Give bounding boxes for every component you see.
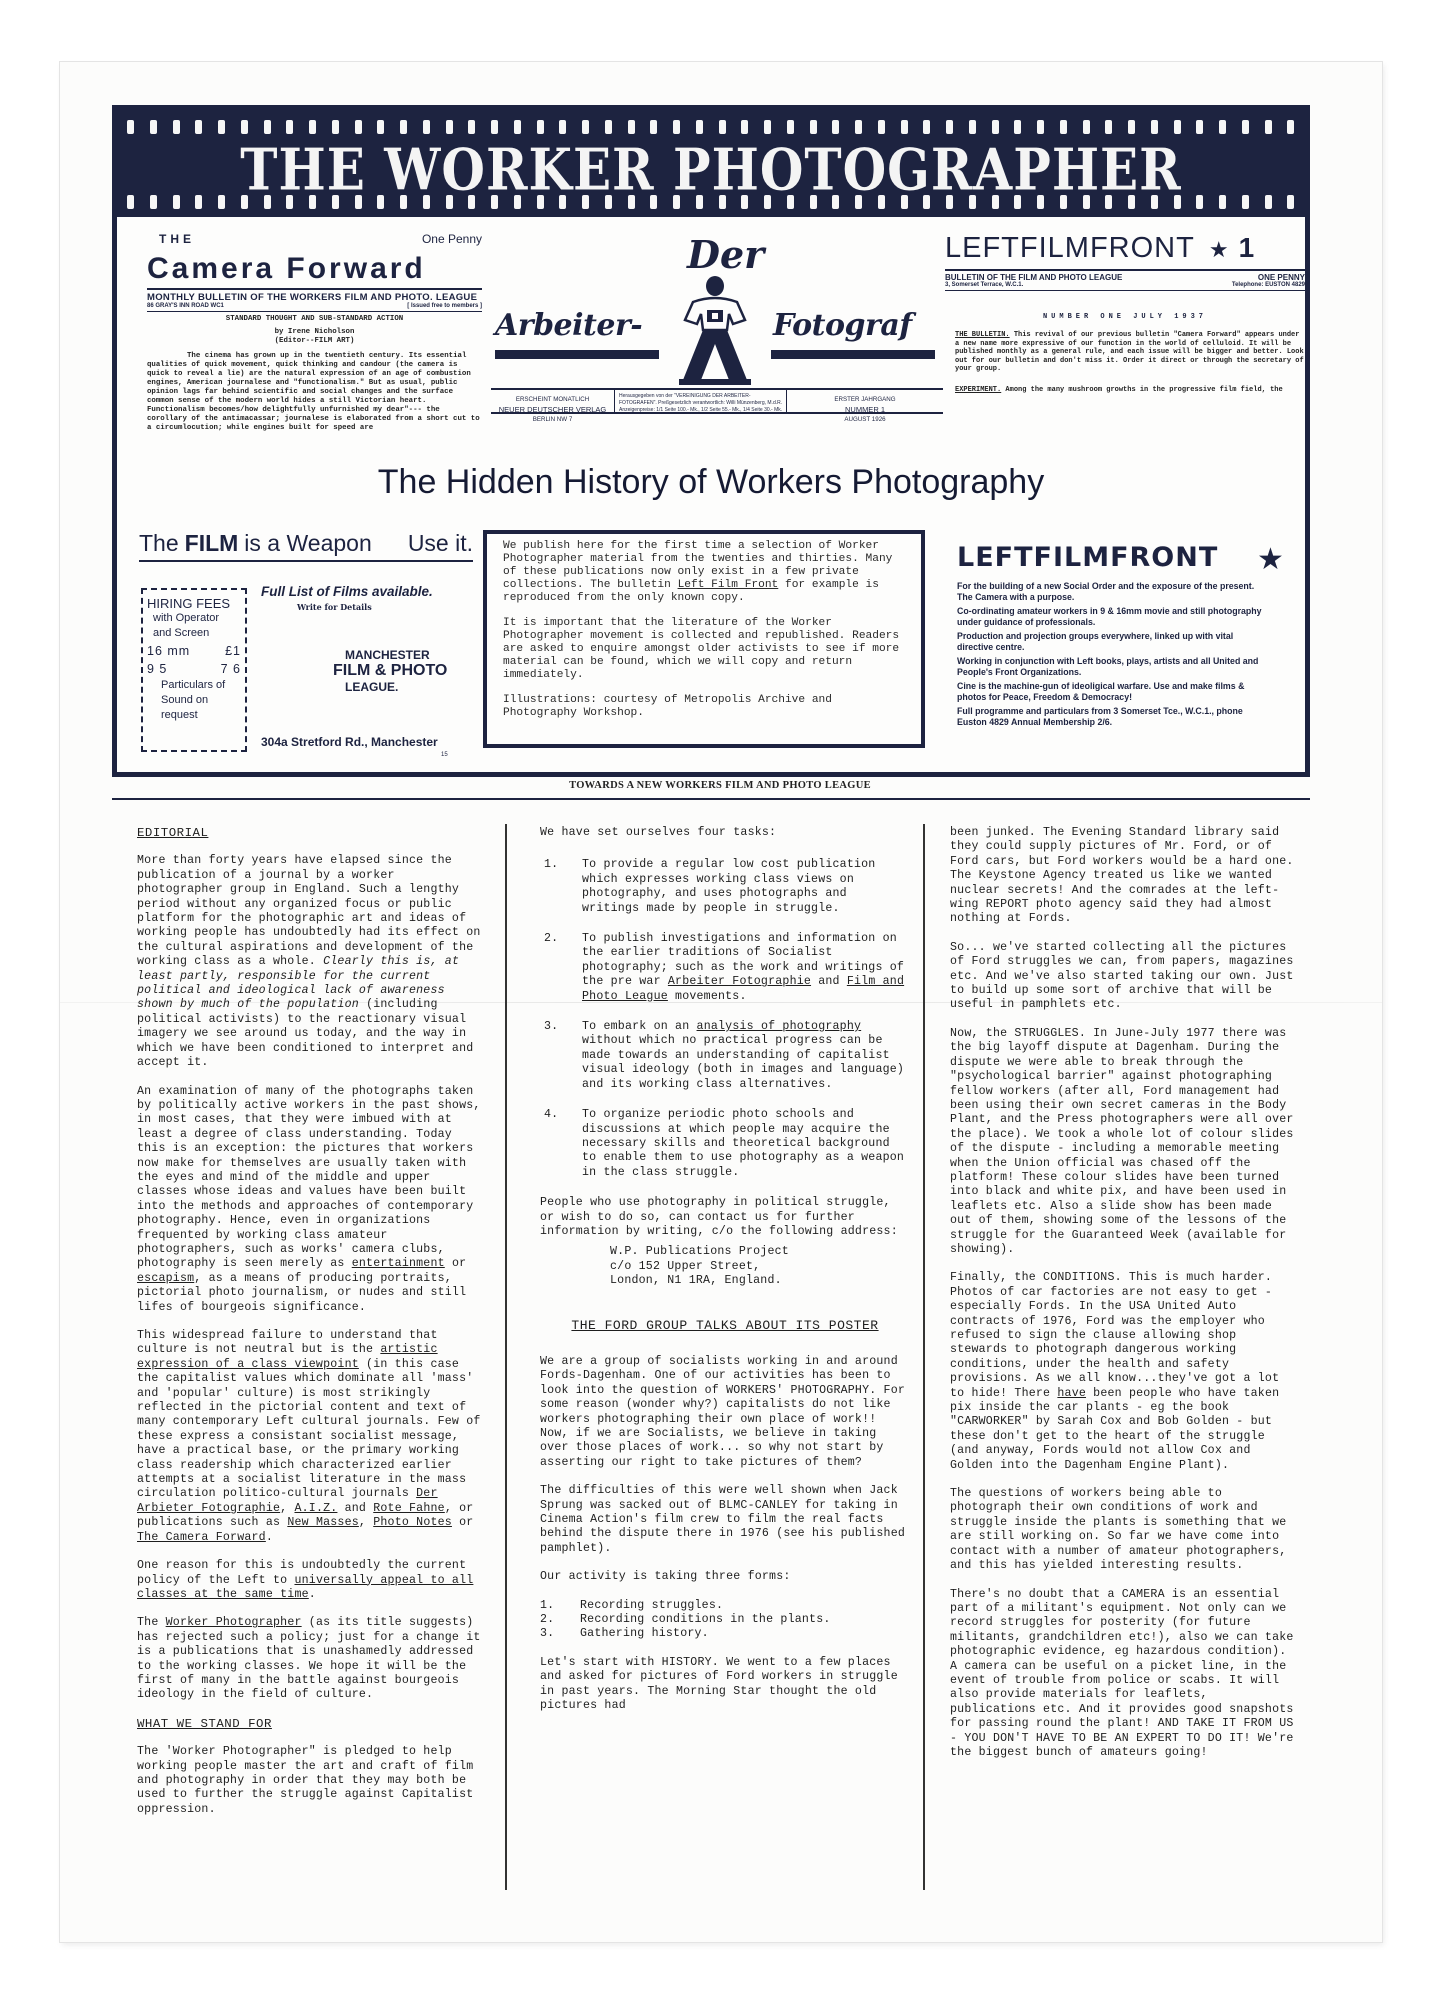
ford-p6: So... we've started collecting all the p… [950, 941, 1295, 1013]
sprocket-hole [355, 120, 362, 134]
film-strip-banner: THE WORKER PHOTOGRAPHER [117, 110, 1305, 217]
sprocket-hole [1265, 120, 1272, 134]
sprocket-hole [901, 120, 908, 134]
sprocket-hole [810, 120, 817, 134]
hidden-history-headline: The Hidden History of Workers Photograph… [117, 463, 1305, 502]
sprocket-hole [286, 120, 293, 134]
sprocket-hole [832, 120, 839, 134]
sprocket-hole [127, 195, 134, 209]
sprocket-hole [923, 120, 930, 134]
sprocket-hole [582, 120, 589, 134]
editorial-p2-mid: or [445, 1257, 466, 1270]
task-item: 1. To provide a regular low cost publica… [540, 858, 910, 916]
sprocket-hole [1196, 120, 1203, 134]
journal-photo-notes: Photo Notes [373, 1516, 452, 1529]
ford-group-heading: THE FORD GROUP TALKS ABOUT ITS POSTER [540, 1319, 910, 1333]
sprocket-hole [946, 195, 953, 209]
sprocket-hole [468, 120, 475, 134]
sprocket-hole [1219, 195, 1226, 209]
org-line-1: MANCHESTER [333, 648, 483, 662]
ford-p10: There's no doubt that a CAMERA is an ess… [950, 1588, 1295, 1761]
sprocket-hole [1151, 195, 1158, 209]
sprocket-hole [1174, 120, 1181, 134]
sprocket-hole [1014, 195, 1021, 209]
sprocket-hole [1242, 120, 1249, 134]
sprocket-hole [377, 120, 384, 134]
column-editorial: EDITORIAL More than forty years have ela… [137, 826, 487, 1831]
sprocket-hole [173, 120, 180, 134]
cf-byline: by Irene Nicholson [147, 328, 482, 337]
sprocket-hole [241, 120, 248, 134]
sprocket-hole [195, 195, 202, 209]
daf-word-fotograf: Fotograf [773, 308, 912, 343]
sprocket-hole [241, 195, 248, 209]
hiring-fees-box: HIRING FEES with Operator and Screen 16 … [141, 588, 247, 752]
ad-postal-district: 15 [441, 752, 448, 758]
form-text: Recording struggles. [580, 1599, 723, 1613]
cf-editor: (Editor--FILM ART) [147, 337, 482, 346]
underline-arbeiter-fotographie: Arbeiter Fotographie [668, 975, 811, 988]
lffad-title: LEFTFILMFRONT [957, 542, 1297, 573]
journal-new-masses: New Masses [287, 1516, 359, 1529]
sprocket-hole [787, 120, 794, 134]
editorial-p2: An examination of many of the photograph… [137, 1085, 481, 1271]
sprocket-hole [355, 195, 362, 209]
sprocket-hole [150, 120, 157, 134]
daf-info-monthly: ERSCHEINT MONATLICH [491, 393, 614, 403]
form-number: 2. [540, 1613, 580, 1627]
sprocket-hole [673, 195, 680, 209]
ford-p5: been junked. The Evening Standard librar… [950, 826, 1295, 927]
fee-16mm-label: 16 mm [147, 644, 190, 659]
photographer-figure-icon [663, 276, 767, 386]
fee-16mm-value: £1 [225, 644, 241, 659]
cf-issued: [ Issued free to members ] [407, 303, 482, 309]
form-text: Gathering history. [580, 1627, 709, 1641]
sprocket-hole [173, 195, 180, 209]
tasks-intro: We have set ourselves four tasks: [540, 826, 910, 840]
sprocket-hole [901, 195, 908, 209]
ford-p9: The questions of workers being able to p… [950, 1487, 1295, 1573]
masthead-frame: THE WORKER PHOTOGRAPHER THE One Penny Ca… [112, 105, 1310, 777]
journal-aiz: A.I.Z. [294, 1502, 337, 1515]
task-text-mid: and [811, 975, 847, 988]
daf-info-editorial: Herausgegeben von der "VEREINIGUNG DER A… [615, 390, 787, 412]
fee-95-value: 7 6 [221, 662, 241, 677]
sprocket-hole [286, 195, 293, 209]
sprocket-hole [218, 195, 225, 209]
task-number: 4. [540, 1108, 582, 1180]
sprocket-hole [559, 120, 566, 134]
ford-p2: The difficulties of this were well shown… [540, 1484, 910, 1556]
sprocket-hole [628, 120, 635, 134]
sprocket-hole [400, 120, 407, 134]
sprocket-hole [832, 195, 839, 209]
editorial-p1: More than forty years have elapsed since… [137, 854, 481, 968]
sprocket-hole [969, 120, 976, 134]
sprocket-hole [923, 195, 930, 209]
sprocket-hole [1037, 195, 1044, 209]
form-number: 1. [540, 1599, 580, 1613]
fees-with-operator: with Operator [147, 611, 241, 626]
sprocket-hole [332, 120, 339, 134]
daf-info-date: AUGUST 1926 [787, 413, 943, 423]
task-number: 1. [540, 858, 582, 916]
editorial-p5: The [137, 1616, 166, 1629]
sprocket-hole [719, 120, 726, 134]
task-text: To provide a regular low cost publicatio… [582, 858, 910, 916]
der-arbeiter-fotograf-clipping: Der Arbeiter- Fotograf ERSCHEINT MONATLI… [491, 230, 943, 408]
daf-word-arbeiter: Arbeiter- [495, 308, 642, 343]
sprocket-hole [1265, 195, 1272, 209]
daf-info-year: ERSTER JAHRGANG [787, 393, 943, 403]
cf-the: THE [147, 232, 195, 246]
column-ford-continued: been junked. The Evening Standard librar… [950, 826, 1295, 1774]
sprocket-hole [514, 120, 521, 134]
editorial-heading: EDITORIAL [137, 826, 487, 840]
sprocket-hole [878, 195, 885, 209]
journal-camera-forward: The Camera Forward [137, 1531, 266, 1544]
fees-and-screen: and Screen [147, 626, 241, 641]
task-text-end: without which no practical progress can … [582, 1034, 904, 1090]
cf-body-text: The cinema has grown up in the twentieth… [147, 352, 482, 433]
task-text: To embark on an [582, 1020, 697, 1033]
sprocket-hole [377, 195, 384, 209]
sprocket-hole [992, 120, 999, 134]
sprocket-hole [446, 195, 453, 209]
sprocket-hole [264, 120, 271, 134]
sprocket-hole [1105, 195, 1112, 209]
underline-entertainment: entertainment [352, 1257, 445, 1270]
sprocket-hole [537, 120, 544, 134]
sprocket-hole [195, 120, 202, 134]
address-line: London, N1 1RA, England. [610, 1274, 910, 1288]
daf-info-publisher: NEUER DEUTSCHER VERLAG [491, 403, 614, 413]
org-line-2: FILM & PHOTO [333, 662, 483, 680]
lff-p2-head: EXPERIMENT. [955, 386, 1001, 394]
publication-title: THE WORKER PHOTOGRAPHER [117, 140, 1305, 200]
sprocket-hole [1196, 195, 1203, 209]
full-list-films: Full List of Films available. [261, 584, 433, 599]
lff-issue-line: NUMBER ONE JULY 1937 [945, 313, 1305, 321]
sprocket-hole [810, 195, 817, 209]
lff-issue-number: 1 [1239, 232, 1255, 264]
sprocket-hole [764, 120, 771, 134]
sprocket-hole [855, 195, 862, 209]
sprocket-hole [673, 120, 680, 134]
contact-text: People who use photography in political … [540, 1196, 910, 1239]
activity-forms-list: 1.Recording struggles. 2.Recording condi… [540, 1599, 910, 1642]
sprocket-hole [696, 195, 703, 209]
star-icon: ★ [1257, 542, 1284, 577]
lff-title: LEFTFILMFRONT [945, 232, 1195, 265]
cf-headline: STANDARD THOUGHT AND SUB-STANDARD ACTION [147, 315, 482, 324]
sprocket-hole [309, 120, 316, 134]
sound-line-3: request [147, 709, 241, 722]
sprocket-hole [1128, 120, 1135, 134]
column-divider [923, 824, 925, 1890]
journal-rote-fahne: Rote Fahne [373, 1502, 445, 1515]
daf-info-city: BERLIN NW 7 [491, 413, 614, 423]
task-number: 3. [540, 1020, 582, 1092]
sprocket-hole [787, 195, 794, 209]
sprocket-hole [946, 120, 953, 134]
lff-price: ONE PENNY [1258, 273, 1305, 282]
sprocket-hole [605, 195, 612, 209]
sprocket-hole [878, 120, 885, 134]
write-for-details: Write for Details [297, 602, 372, 612]
cf-title: Camera Forward [147, 252, 482, 286]
ford-p3: Our activity is taking three forms: [540, 1570, 910, 1584]
sprocket-hole [719, 195, 726, 209]
sprocket-hole [969, 195, 976, 209]
form-number: 3. [540, 1627, 580, 1641]
daf-der: Der [687, 232, 764, 277]
fee-95-label: 9 5 [147, 662, 167, 677]
ad-address: 304a Stretford Rd., Manchester [261, 735, 438, 749]
underline-escapism: escapism [137, 1272, 194, 1285]
sprocket-hole [1219, 120, 1226, 134]
sprocket-hole [992, 195, 999, 209]
sprocket-hole [218, 120, 225, 134]
stand-for-heading: WHAT WE STAND FOR [137, 1717, 487, 1731]
task-item: 4. To organize periodic photo schools an… [540, 1108, 910, 1180]
sound-line-1: Particulars of [147, 679, 241, 692]
address-line: W.P. Publications Project [610, 1245, 910, 1259]
sprocket-hole [764, 195, 771, 209]
leftfilmfront-ad: LEFTFILMFRONT ★ For the building of a ne… [957, 542, 1297, 728]
notice-link-left-film-front: Left Film Front [678, 579, 779, 591]
sprocket-hole [855, 120, 862, 134]
sprocket-holes-top [127, 120, 1295, 134]
sprocket-hole [605, 120, 612, 134]
sprocket-hole [400, 195, 407, 209]
task-number: 2. [540, 932, 582, 1004]
lffad-p5: Cine is the machine-gun of ideoligical w… [957, 681, 1263, 703]
sprocket-hole [309, 195, 316, 209]
sprocket-hole [1174, 195, 1181, 209]
cf-price: One Penny [422, 232, 482, 246]
editorial-p3-mid: (in this case the capitalist values whic… [137, 1358, 481, 1501]
sprocket-hole [150, 195, 157, 209]
underline-worker-photographer: Worker Photographer [166, 1616, 302, 1629]
camera-forward-clipping: THE One Penny Camera Forward MONTHLY BUL… [147, 232, 482, 433]
sprocket-hole [628, 195, 635, 209]
stand-for-text: The 'Worker Photographer" is pledged to … [137, 1745, 487, 1817]
notice-p3: Illustrations: courtesy of Metropolis Ar… [503, 694, 905, 720]
sprocket-hole [1014, 120, 1021, 134]
sprocket-hole [741, 120, 748, 134]
sprocket-hole [1287, 120, 1294, 134]
task-text: To organize periodic photo schools and d… [582, 1108, 910, 1180]
sprocket-hole [468, 195, 475, 209]
lffad-p3: Production and projection groups everywh… [957, 631, 1263, 653]
sprocket-hole [741, 195, 748, 209]
ad-head-use-it: Use it. [408, 530, 473, 557]
lff-telephone: Telephone: EUSTON 4829 [1232, 282, 1305, 288]
sprocket-hole [559, 195, 566, 209]
fees-title: HIRING FEES [147, 596, 241, 611]
task-item: 2. To publish investigations and informa… [540, 932, 910, 1004]
org-line-3: LEAGUE. [333, 680, 483, 694]
notice-p2: It is important that the literature of t… [503, 617, 905, 682]
ford-p1: We are a group of socialists working in … [540, 1355, 910, 1470]
ad-head-the: The [139, 530, 179, 557]
film-weapon-ad: The FILM is a Weapon Use it. HIRING FEES… [139, 530, 473, 562]
cf-bulletin: MONTHLY BULLETIN OF THE WORKERS FILM AND… [147, 292, 482, 303]
sprocket-hole [650, 120, 657, 134]
daf-info-number: NUMMER 1 [787, 403, 943, 413]
sprocket-hole [1151, 120, 1158, 134]
task-item: 3. To embark on an analysis of photograp… [540, 1020, 910, 1092]
column-tasks: We have set ourselves four tasks: 1. To … [540, 826, 910, 1728]
sprocket-hole [1037, 120, 1044, 134]
sprocket-hole [1083, 195, 1090, 209]
ad-head-film: FILM [185, 530, 239, 557]
ad-head-weapon: is a Weapon [244, 530, 371, 557]
lffad-p6: Full programme and particulars from 3 So… [957, 706, 1263, 728]
sprocket-hole [1128, 195, 1135, 209]
sprocket-hole [127, 120, 134, 134]
sprocket-hole [1242, 195, 1249, 209]
contact-address: W.P. Publications Project c/o 152 Upper … [540, 1245, 910, 1288]
sprocket-hole [537, 195, 544, 209]
sprocket-hole [582, 195, 589, 209]
sprocket-hole [1060, 120, 1067, 134]
form-text: Recording conditions in the plants. [580, 1613, 831, 1627]
sprocket-hole [332, 195, 339, 209]
leftfilmfront-bulletin-clipping: LEFTFILMFRONT ★ 1 BULLETIN OF THE FILM A… [945, 232, 1305, 394]
sprocket-hole [514, 195, 521, 209]
sprocket-hole [1105, 120, 1112, 134]
sprocket-holes-bottom [127, 195, 1295, 209]
lff-p2: Among the many mushroom growths in the p… [1005, 386, 1282, 394]
underline-analysis: analysis of photography [697, 1020, 862, 1033]
task-text-end: movements. [668, 990, 747, 1003]
sprocket-hole [423, 120, 430, 134]
star-icon: ★ [1209, 237, 1229, 263]
sprocket-hole [491, 195, 498, 209]
sprocket-hole [1287, 195, 1294, 209]
sprocket-hole [264, 195, 271, 209]
lffad-p1: For the building of a new Social Order a… [957, 581, 1263, 603]
ford-p8: Finally, the CONDITIONS. This is much ha… [950, 1271, 1279, 1399]
section-divider [112, 798, 1310, 800]
ford-p7: Now, the STRUGGLES. In June-July 1977 th… [950, 1027, 1295, 1258]
sprocket-hole [1060, 195, 1067, 209]
masthead-tagline: TOWARDS A NEW WORKERS FILM AND PHOTO LEA… [0, 780, 1440, 791]
sprocket-hole [650, 195, 657, 209]
sprocket-hole [446, 120, 453, 134]
column-divider [505, 824, 507, 1890]
underline-have: have [1057, 1387, 1086, 1400]
sprocket-hole [1083, 120, 1090, 134]
sprocket-hole [696, 120, 703, 134]
sprocket-hole [491, 120, 498, 134]
daf-underline-left [495, 350, 659, 359]
lff-bulletin: BULLETIN OF THE FILM AND PHOTO LEAGUE [945, 273, 1122, 282]
manchester-league: MANCHESTER FILM & PHOTO LEAGUE. [333, 648, 483, 694]
sprocket-hole [423, 195, 430, 209]
lff-address: 3, Somerset Terrace, W.C.1. [945, 282, 1023, 288]
editorial-notice-box: We publish here for the first time a sel… [483, 530, 925, 748]
cf-address: 86 GRAY'S INN ROAD WC1 [147, 303, 224, 309]
lffad-p2: Co-ordinating amateur workers in 9 & 16m… [957, 606, 1263, 628]
lff-p1-head: THE BULLETIN. [955, 331, 1010, 339]
daf-underline-right [771, 350, 935, 359]
address-line: c/o 152 Upper Street, [610, 1260, 910, 1274]
ford-p4: Let's start with HISTORY. We went to a f… [540, 1656, 910, 1714]
sound-line-2: Sound on [147, 694, 241, 707]
lffad-p4: Working in conjunction with Left books, … [957, 656, 1263, 678]
